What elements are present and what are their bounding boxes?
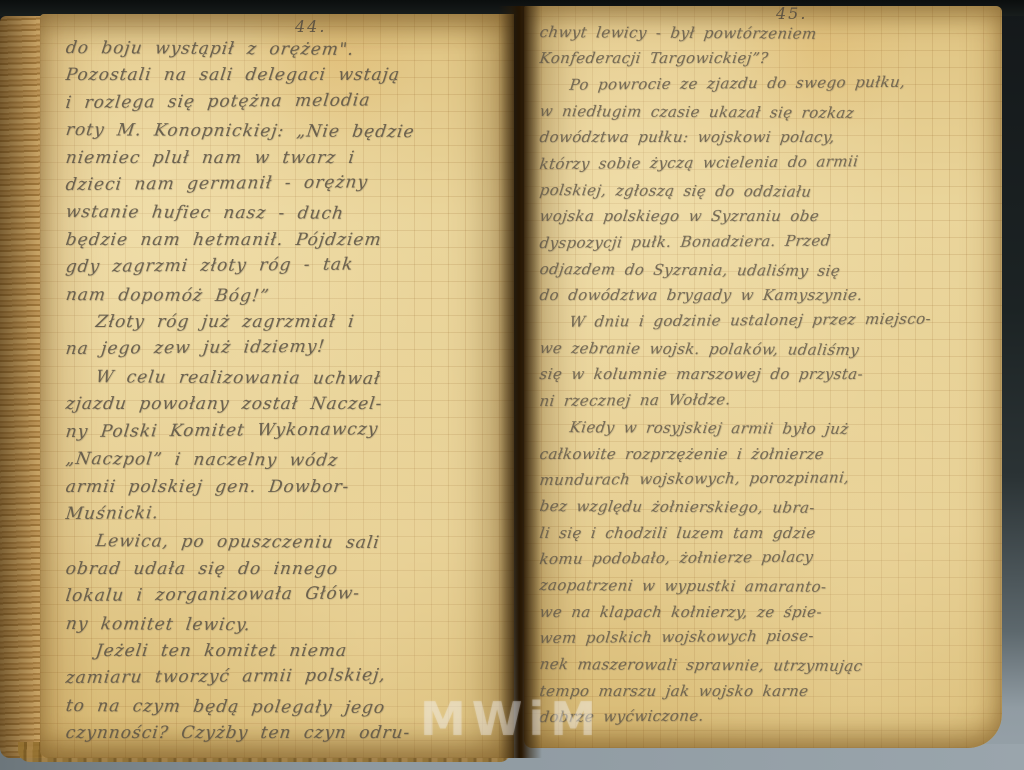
handwriting-line: gdy zagrzmi złoty róg - tak — [64, 250, 514, 281]
notebook-scan: 44. do boju wystąpił z orężem".Pozostali… — [0, 0, 1024, 770]
handwriting-line: i rozlega się potężna melodia — [64, 86, 514, 117]
handwriting-line: zjazdu powołany został Naczel- — [64, 391, 514, 418]
handwriting-line: zamiaru tworzyć armii polskiej, — [64, 661, 514, 692]
handwriting-line: w niedługim czasie ukazał się rozkaz — [538, 98, 1002, 127]
handwriting-line: W celu realizowania uchwał — [64, 364, 514, 394]
handwriting-line: Lewica, po opuszczeniu sali — [64, 528, 514, 558]
handwriting-line: do boju wystąpił z orężem". — [64, 35, 514, 65]
archive-watermark: MWiM — [420, 692, 602, 746]
handwriting-line: chwyt lewicy - był powtórzeniem — [538, 19, 1002, 48]
handwriting-line: nek maszerowali sprawnie, utrzymując — [538, 651, 1002, 680]
handwriting-line: polskiej, zgłoszą się do oddziału — [538, 177, 1002, 206]
handwriting-line: dzieci nam germanił - orężny — [64, 168, 514, 199]
handwriting-line: Muśnicki. — [64, 497, 514, 528]
page-number-left: 44. — [295, 17, 326, 36]
handwriting-line: nam dopomóż Bóg!” — [64, 282, 514, 312]
handwriting-line: we zebranie wojsk. polaków, udaliśmy — [538, 335, 1002, 364]
handwriting-line: na jego zew już idziemy! — [64, 333, 514, 364]
handwriting-line: Po powrocie ze zjazdu do swego pułku, — [538, 68, 1002, 98]
handwriting-line: ny Polski Komitet Wykonawczy — [64, 415, 514, 446]
left-page: 44. do boju wystąpił z orężem".Pozostali… — [40, 14, 514, 758]
right-page: 45. chwyt lewicy - był powtórzeniemKonfe… — [524, 6, 1002, 748]
handwriting-line: W dniu i godzinie ustalonej przez miejsc… — [538, 305, 1002, 335]
handwriting-line: którzy sobie życzą wcielenia do armii — [538, 147, 1002, 177]
gutter-shadow — [498, 6, 542, 758]
handwriting-line: bez względu żołnierskiego, ubra- — [538, 493, 1002, 522]
handwriting-line: mundurach wojskowych, porozpinani, — [538, 463, 1002, 493]
handwriting-left: do boju wystąpił z orężem".Pozostali na … — [64, 35, 512, 748]
handwriting-line: dobrze wyćwiczone. — [538, 700, 1002, 730]
handwriting-line: ni rzecznej na Wołdze. — [538, 384, 1002, 414]
handwriting-line: wstanie hufiec nasz - duch — [64, 199, 514, 229]
handwriting-line: wem polskich wojskowych piose- — [538, 621, 1002, 651]
handwriting-line: Kiedy w rosyjskiej armii było już — [538, 414, 1002, 443]
handwriting-line: komu podobało, żołnierze polacy — [538, 542, 1002, 572]
handwriting-line: ny komitet lewicy. — [64, 611, 514, 641]
handwriting-line: lokalu i zorganizowała Głów- — [64, 579, 514, 610]
handwriting-line: odjazdem do Syzrania, udaliśmy się — [538, 256, 1002, 285]
handwriting-line: roty M. Konopnickiej: „Nie będzie — [64, 117, 514, 147]
handwriting-line: „Naczpol” i naczelny wódz — [64, 446, 514, 476]
handwriting-right: chwyt lewicy - był powtórzeniemKonfedera… — [538, 19, 1000, 730]
handwriting-line: dyspozycji pułk. Bonadziera. Przed — [538, 226, 1002, 256]
handwriting-line: zaopatrzeni w wypustki amaranto- — [538, 572, 1002, 601]
